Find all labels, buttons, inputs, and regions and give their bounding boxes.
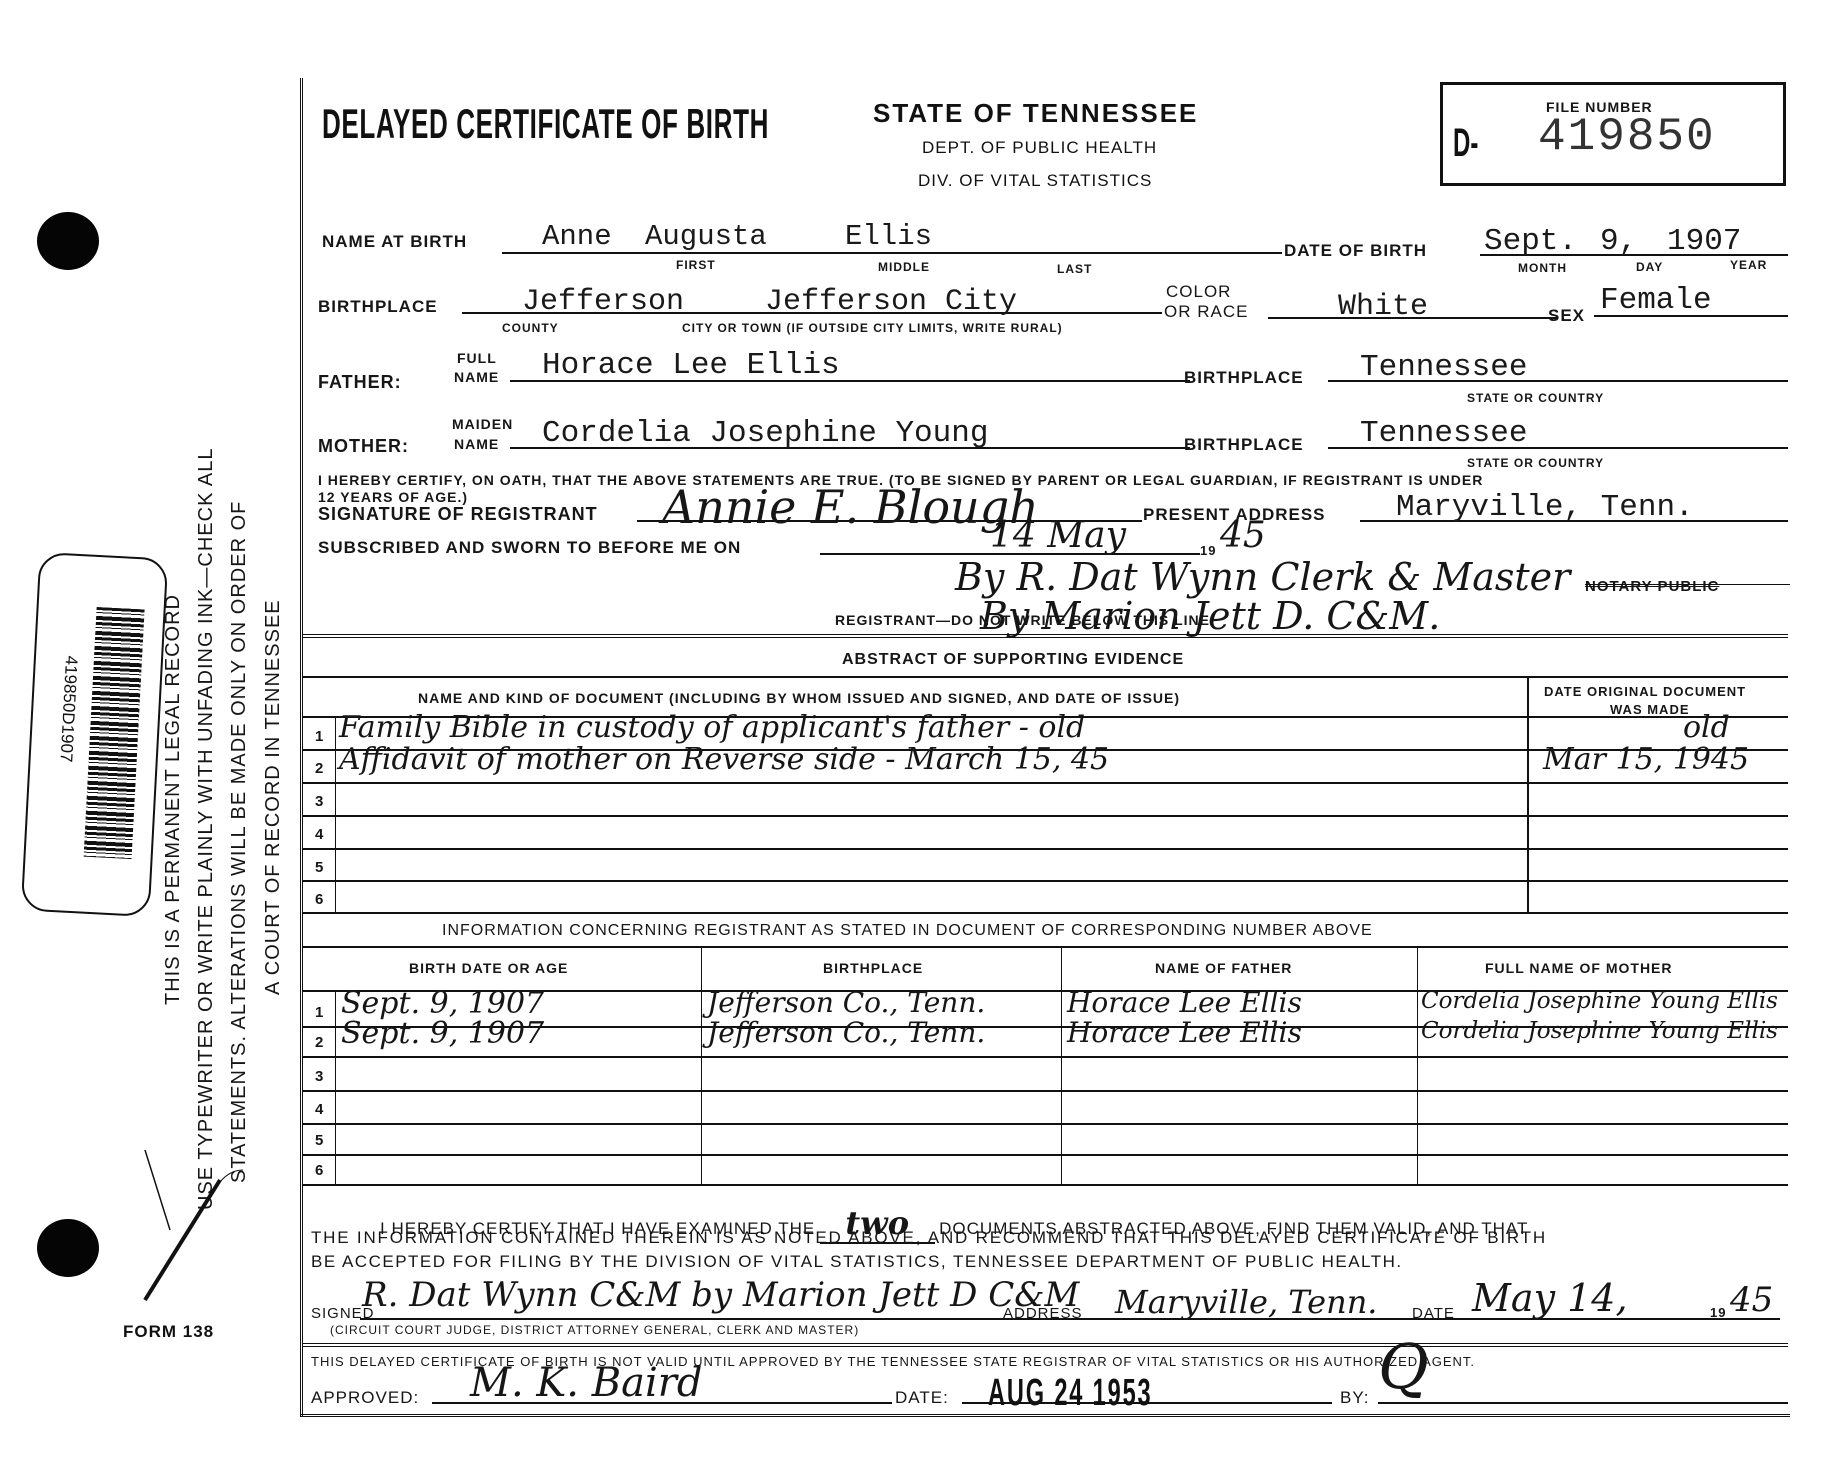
mother-state-caption: STATE OR COUNTRY xyxy=(1467,456,1604,470)
barcode-number: 419850D1907 xyxy=(56,655,82,763)
mother-name: Cordelia Josephine Young xyxy=(542,416,988,451)
month-caption: MONTH xyxy=(1518,261,1567,275)
signature-of-registrant-label: SIGNATURE OF REGISTRANT xyxy=(318,504,598,525)
row-number: 1 xyxy=(315,728,323,745)
notary-public-label: NOTARY PUBLIC xyxy=(1585,578,1719,595)
row-number: 3 xyxy=(315,793,323,810)
father-name-caption-1: FULL xyxy=(457,350,497,366)
side-line-legal-record: THIS IS A PERMANENT LEGAL RECORD xyxy=(162,594,185,1005)
division-name: DIV. OF VITAL STATISTICS xyxy=(918,171,1152,191)
father-name: Horace Lee Ellis xyxy=(542,348,840,383)
dob-year: 1907 xyxy=(1667,224,1741,259)
sworn-label: SUBSCRIBED AND SWORN TO BEFORE ME ON xyxy=(318,538,741,558)
day-caption: DAY xyxy=(1636,260,1663,274)
father-birthplace-label: BIRTHPLACE xyxy=(1184,368,1304,388)
info-title: INFORMATION CONCERNING REGISTRANT AS STA… xyxy=(442,922,1373,940)
abstract-table: 1 Family Bible in custody of applicant's… xyxy=(303,716,1788,916)
info-row-birth-date: Sept. 9, 1907 xyxy=(341,1016,544,1051)
name-last: Ellis xyxy=(845,220,932,253)
approved-by-underline xyxy=(1378,1402,1788,1404)
abstract-row-document: Affidavit of mother on Reverse side - Ma… xyxy=(339,742,1109,777)
certification-text-3: BE ACCEPTED FOR FILING BY THE DIVISION O… xyxy=(311,1252,1403,1272)
birthplace-city: Jefferson City xyxy=(765,285,1017,319)
mother-birthplace-label: BIRTHPLACE xyxy=(1184,435,1304,455)
approval-divider xyxy=(303,1343,1788,1347)
abstract-col-date-1: DATE ORIGINAL DOCUMENT xyxy=(1544,684,1746,699)
approver-signature: M. K. Baird xyxy=(470,1360,702,1406)
abstract-col-date-2: WAS MADE xyxy=(1610,702,1690,717)
info-row-mother: Cordelia Josephine Young Ellis xyxy=(1421,1018,1778,1044)
info-col-father: NAME OF FATHER xyxy=(1155,960,1292,976)
name-first: Anne xyxy=(542,220,612,253)
date-of-birth-label: DATE OF BIRTH xyxy=(1284,241,1427,261)
file-number-prefix: D- xyxy=(1453,121,1478,166)
approved-by-initial: Q xyxy=(1378,1330,1429,1403)
row-number: 2 xyxy=(315,1034,323,1051)
info-row-father: Horace Lee Ellis xyxy=(1067,1016,1302,1049)
department-name: DEPT. OF PUBLIC HEALTH xyxy=(922,138,1157,158)
signer-signature: R. Dat Wynn C&M by Marion Jett D C&M xyxy=(362,1275,1079,1315)
side-line-court: A COURT OF RECORD IN TENNESSEE xyxy=(262,599,285,995)
sworn-year: 45 xyxy=(1220,515,1266,556)
form-title: DELAYED CERTIFICATE OF BIRTH xyxy=(322,100,769,148)
approval-date-stamp: AUG 24 1953 xyxy=(988,1372,1153,1415)
middle-caption: MIDDLE xyxy=(878,260,930,274)
oath-text-2: 12 YEARS OF AGE.) xyxy=(318,489,468,505)
info-row-birthplace: Jefferson Co., Tenn. xyxy=(707,986,985,1019)
barcode-sticker: 419850D1907 xyxy=(21,552,169,917)
father-name-caption-2: NAME xyxy=(454,369,499,385)
info-row-mother: Cordelia Josephine Young Ellis xyxy=(1421,988,1778,1014)
birthplace-county: Jefferson xyxy=(522,285,684,319)
sex-value: Female xyxy=(1600,283,1712,318)
mother-label: MOTHER: xyxy=(318,436,409,457)
approval-date-label: DATE: xyxy=(895,1388,949,1408)
first-caption: FIRST xyxy=(676,258,716,272)
certification-date-label: DATE xyxy=(1412,1305,1455,1322)
margin-pen-mark-icon xyxy=(135,1140,245,1310)
abstract-row-date: old xyxy=(1683,710,1730,745)
certification-address: Maryville, Tenn. xyxy=(1115,1283,1377,1321)
approved-by-label: BY: xyxy=(1340,1388,1369,1408)
side-line-statements: STATEMENTS. ALTERATIONS WILL BE MADE ONL… xyxy=(228,501,251,1183)
father-state-caption: STATE OR COUNTRY xyxy=(1467,391,1604,405)
punch-hole-top xyxy=(37,212,99,270)
file-number-value: 419850 xyxy=(1538,111,1716,163)
row-number: 6 xyxy=(315,891,323,908)
color-race-label-2: OR RACE xyxy=(1164,302,1248,322)
city-caption: CITY OR TOWN (IF OUTSIDE CITY LIMITS, WR… xyxy=(682,321,1063,335)
abstract-title-rule xyxy=(303,676,1788,678)
certification-address-label: ADDRESS xyxy=(1003,1305,1083,1322)
sworn-day-month: 14 May xyxy=(990,515,1126,556)
mother-name-caption-2: NAME xyxy=(454,436,499,452)
row-number: 5 xyxy=(315,859,323,876)
abstract-row-date: Mar 15, 1945 xyxy=(1543,742,1749,777)
color-race-label-1: COLOR xyxy=(1166,282,1231,302)
notary-signature-1: By R. Dat Wynn Clerk & Master xyxy=(955,555,1570,599)
signer-titles-caption: (CIRCUIT COURT JUDGE, DISTRICT ATTORNEY … xyxy=(330,1323,859,1337)
abstract-col-document: NAME AND KIND OF DOCUMENT (INCLUDING BY … xyxy=(418,690,1180,706)
sex-label: SEX xyxy=(1548,306,1585,326)
certification-date: May 14, xyxy=(1472,1276,1628,1320)
row-number: 5 xyxy=(315,1132,323,1149)
row-number: 6 xyxy=(315,1162,323,1179)
info-col-birthplace: BIRTHPLACE xyxy=(823,960,923,976)
section-divider xyxy=(303,634,1788,638)
state-name: STATE OF TENNESSEE xyxy=(873,98,1198,129)
punch-hole-bottom xyxy=(37,1219,99,1277)
year-caption: YEAR xyxy=(1730,258,1767,272)
info-row-birthplace: Jefferson Co., Tenn. xyxy=(707,1016,985,1049)
do-not-write-notice: REGISTRANT—DO NOT WRITE BELOW THIS LINE xyxy=(835,612,1210,628)
name-at-birth-label: NAME AT BIRTH xyxy=(322,232,467,252)
certification-year: 45 xyxy=(1730,1280,1773,1320)
form-number: FORM 138 xyxy=(123,1322,214,1342)
dob-month: Sept. xyxy=(1484,224,1577,259)
dob-day: 9, xyxy=(1600,224,1637,259)
row-number: 3 xyxy=(315,1068,323,1085)
present-address-value: Maryville, Tenn. xyxy=(1396,490,1694,525)
last-caption: LAST xyxy=(1057,262,1092,276)
info-table: BIRTH DATE OR AGE BIRTHPLACE NAME OF FAT… xyxy=(303,946,1788,1186)
info-col-birth-date: BIRTH DATE OR AGE xyxy=(409,960,568,976)
father-birthplace: Tennessee xyxy=(1360,350,1527,385)
barcode-icon xyxy=(84,607,145,859)
info-col-mother: FULL NAME OF MOTHER xyxy=(1485,960,1673,976)
certification-text-2: THE INFORMATION CONTAINED THEREIN IS AS … xyxy=(311,1228,1547,1248)
abstract-title: ABSTRACT OF SUPPORTING EVIDENCE xyxy=(842,651,1184,669)
side-line-typewriter: USE TYPEWRITER OR WRITE PLAINLY WITH UNF… xyxy=(195,448,218,1210)
notary-underline xyxy=(1585,584,1790,585)
name-middle: Augusta xyxy=(645,220,767,253)
file-number-box: FILE NUMBER D- 419850 xyxy=(1440,82,1786,186)
row-number: 4 xyxy=(315,826,323,843)
mother-name-caption-1: MAIDEN xyxy=(452,416,513,432)
race-value: White xyxy=(1338,290,1428,324)
mother-birthplace: Tennessee xyxy=(1360,416,1527,451)
county-caption: COUNTY xyxy=(502,321,559,335)
row-number: 1 xyxy=(315,1004,323,1021)
registrant-signature: Annie E. Blough xyxy=(662,480,1039,534)
certification-year-prefix: 19 xyxy=(1710,1305,1726,1320)
row-number: 2 xyxy=(315,760,323,777)
info-row-father: Horace Lee Ellis xyxy=(1067,986,1302,1019)
row-number: 4 xyxy=(315,1101,323,1118)
father-label: FATHER: xyxy=(318,372,402,393)
birthplace-label: BIRTHPLACE xyxy=(318,297,438,317)
approved-label: APPROVED: xyxy=(311,1388,419,1408)
abstract-row-document: Family Bible in custody of applicant's f… xyxy=(339,710,1085,745)
